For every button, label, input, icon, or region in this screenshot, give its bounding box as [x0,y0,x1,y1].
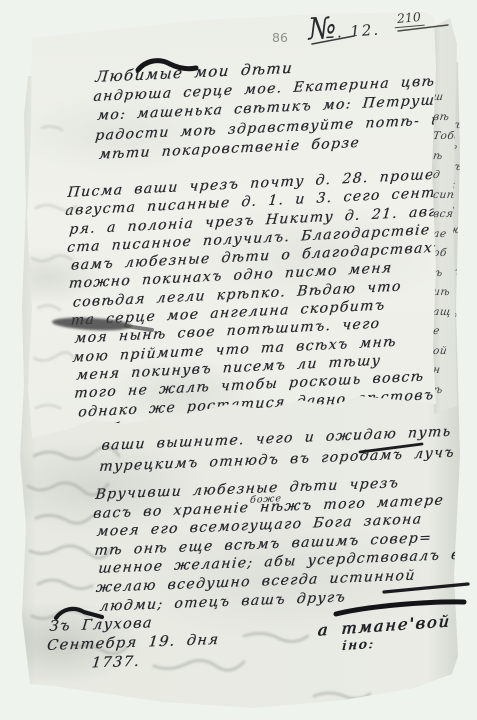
interlinear-insertion: боже [250,493,283,506]
edge-text-fragment: ѣ [432,381,460,401]
manuscript-photo: ваши вышните. чего и ожидаю путьтурецким… [0,0,477,720]
signature-block: а тмане'войіно: [314,612,452,658]
bottom-page-visible-lines: ваши вышните. чего и ожидаю путьтурецким… [98,422,455,478]
numero-sign: № [307,11,338,48]
salutation-paragraph: Любимые мои дѣтиандрюша серце мое. Екате… [92,51,477,166]
archival-corner-mark: 35 [49,17,68,35]
numero-value: . 12. [336,21,381,42]
closing-paragraph: Вручивши любезные дѣти чрезъвасъ во хран… [92,471,477,616]
top-page: 35 86 №. 12. 210 Любимые мои дѣтиандрюша… [22,8,444,456]
place-date-block: Зъ ГлуховаСентебря 19. дня1737. [46,612,220,675]
edge-text-fragment: н [432,361,460,381]
body-paragraph: Писма ваши чрезъ почту д. 28. прошедшаго… [64,163,477,440]
pencil-folio-number: 86 [272,30,288,45]
numero-mark: №. 12. [307,8,381,48]
folio-top-right: 210 [393,9,424,29]
handwriting-line: 1737. [91,650,221,674]
